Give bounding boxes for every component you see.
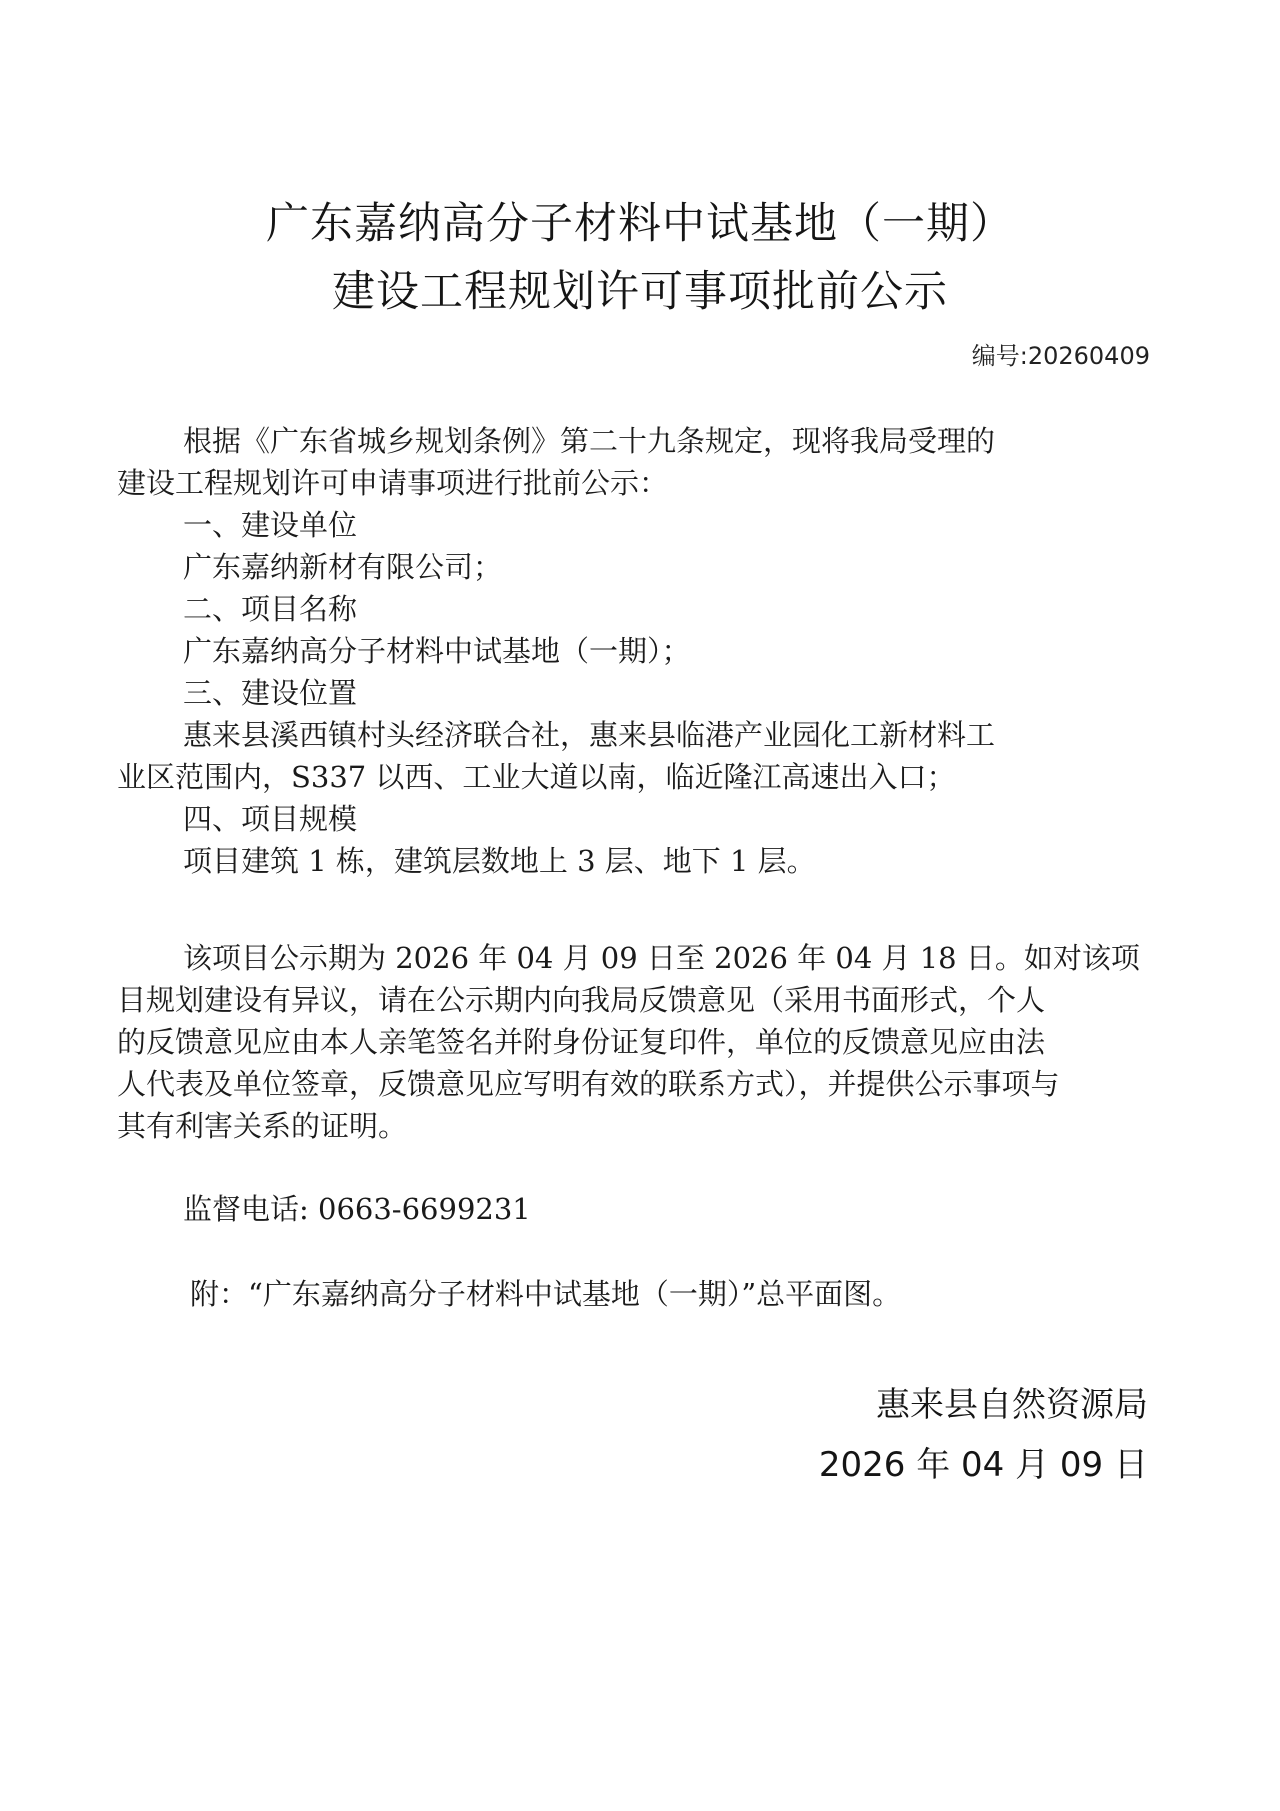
section-heading: 四、项目规模 (117, 798, 1167, 840)
section-content: 业区范围内，S337 以西、工业大道以南，临近隆江高速出入口； (117, 756, 1167, 798)
section-heading: 二、项目名称 (117, 588, 1167, 630)
section-content: 项目建筑 1 栋，建筑层数地上 3 层、地下 1 层。 (117, 840, 1167, 882)
notice-paragraph: 该项目公示期为 2026 年 04 月 09 日至 2026 年 04 月 18… (117, 937, 1167, 1147)
intro-line: 建设工程规划许可申请事项进行批前公示： (117, 462, 1167, 504)
section-content: 广东嘉纳高分子材料中试基地（一期）； (117, 630, 1167, 672)
signature-org: 惠来县自然资源局 (876, 1377, 1148, 1426)
section-content: 广东嘉纳新材有限公司； (117, 546, 1167, 588)
document-number: 编号:20260409 (972, 336, 1150, 371)
intro-line: 根据《广东省城乡规划条例》第二十九条规定，现将我局受理的 (117, 420, 1167, 462)
body-section: 根据《广东省城乡规划条例》第二十九条规定，现将我局受理的 建设工程规划许可申请事… (117, 420, 1167, 882)
supervision-phone: 监督电话: 0663-6699231 (183, 1187, 531, 1228)
notice-line: 人代表及单位签章，反馈意见应写明有效的联系方式），并提供公示事项与 (117, 1063, 1167, 1105)
section-heading: 三、建设位置 (117, 672, 1167, 714)
title-line-1: 广东嘉纳高分子材料中试基地（一期） (0, 190, 1280, 251)
notice-line: 的反馈意见应由本人亲笔签名并附身份证复印件，单位的反馈意见应由法 (117, 1021, 1167, 1063)
notice-line: 该项目公示期为 2026 年 04 月 09 日至 2026 年 04 月 18… (117, 937, 1167, 979)
title-line-2: 建设工程规划许可事项批前公示 (0, 258, 1280, 319)
notice-line: 目规划建设有异议，请在公示期内向我局反馈意见（采用书面形式，个人 (117, 979, 1167, 1021)
attachment-note: 附：“广东嘉纳高分子材料中试基地（一期）”总平面图。 (190, 1272, 901, 1313)
section-content: 惠来县溪西镇村头经济联合社，惠来县临港产业园化工新材料工 (117, 714, 1167, 756)
notice-line: 其有利害关系的证明。 (117, 1105, 1167, 1147)
section-heading: 一、建设单位 (117, 504, 1167, 546)
signature-date: 2026 年 04 月 09 日 (819, 1437, 1148, 1486)
